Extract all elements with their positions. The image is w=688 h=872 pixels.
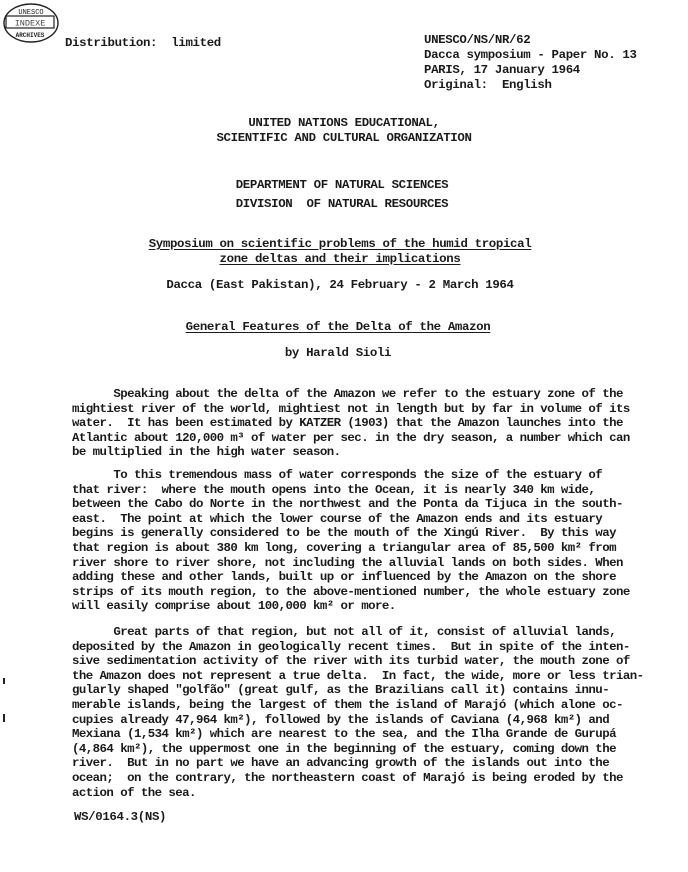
margin-mark bbox=[3, 714, 5, 722]
paragraph-1: Speaking about the delta of the Amazon w… bbox=[72, 387, 672, 460]
symposium-title-line2: zone deltas and their implications bbox=[220, 252, 461, 266]
org-name-line1: UNITED NATIONS EDUCATIONAL, bbox=[0, 116, 688, 131]
issue-date: PARIS, 17 January 1964 bbox=[424, 63, 637, 78]
org-name-line2: SCIENTIFIC AND CULTURAL ORGANIZATION bbox=[0, 131, 688, 146]
margin-mark bbox=[3, 678, 5, 684]
original-language: Original: English bbox=[424, 78, 637, 93]
paragraph-3: Great parts of that region, but not all … bbox=[72, 625, 672, 800]
document-ref: UNESCO/NS/NR/62 bbox=[424, 33, 637, 48]
document-code: WS/0164.3(NS) bbox=[74, 810, 166, 825]
distribution-label: Distribution: limited bbox=[65, 36, 221, 51]
paragraph-2: To this tremendous mass of water corresp… bbox=[72, 468, 672, 614]
department-name: DEPARTMENT OF NATURAL SCIENCES bbox=[0, 178, 686, 193]
symposium-title-line1: Symposium on scientific problems of the … bbox=[149, 237, 532, 251]
paper-number: Dacca symposium - Paper No. 13 bbox=[424, 48, 637, 63]
division-name: DIVISION OF NATURAL RESOURCES bbox=[0, 197, 686, 212]
symposium-venue: Dacca (East Pakistan), 24 February - 2 M… bbox=[0, 278, 684, 293]
svg-text:ARCHIVES: ARCHIVES bbox=[16, 32, 45, 39]
document-page: UNESCO INDEXE ARCHIVES Distribution: lim… bbox=[0, 0, 688, 872]
paper-author: by Harald Sioli bbox=[0, 346, 682, 361]
svg-text:UNESCO: UNESCO bbox=[18, 9, 43, 17]
svg-text:INDEXE: INDEXE bbox=[15, 19, 46, 29]
document-reference-block: UNESCO/NS/NR/62 Dacca symposium - Paper … bbox=[424, 33, 637, 93]
paper-title: General Features of the Delta of the Ama… bbox=[186, 320, 491, 334]
unesco-archives-stamp-icon: UNESCO INDEXE ARCHIVES bbox=[2, 2, 60, 44]
